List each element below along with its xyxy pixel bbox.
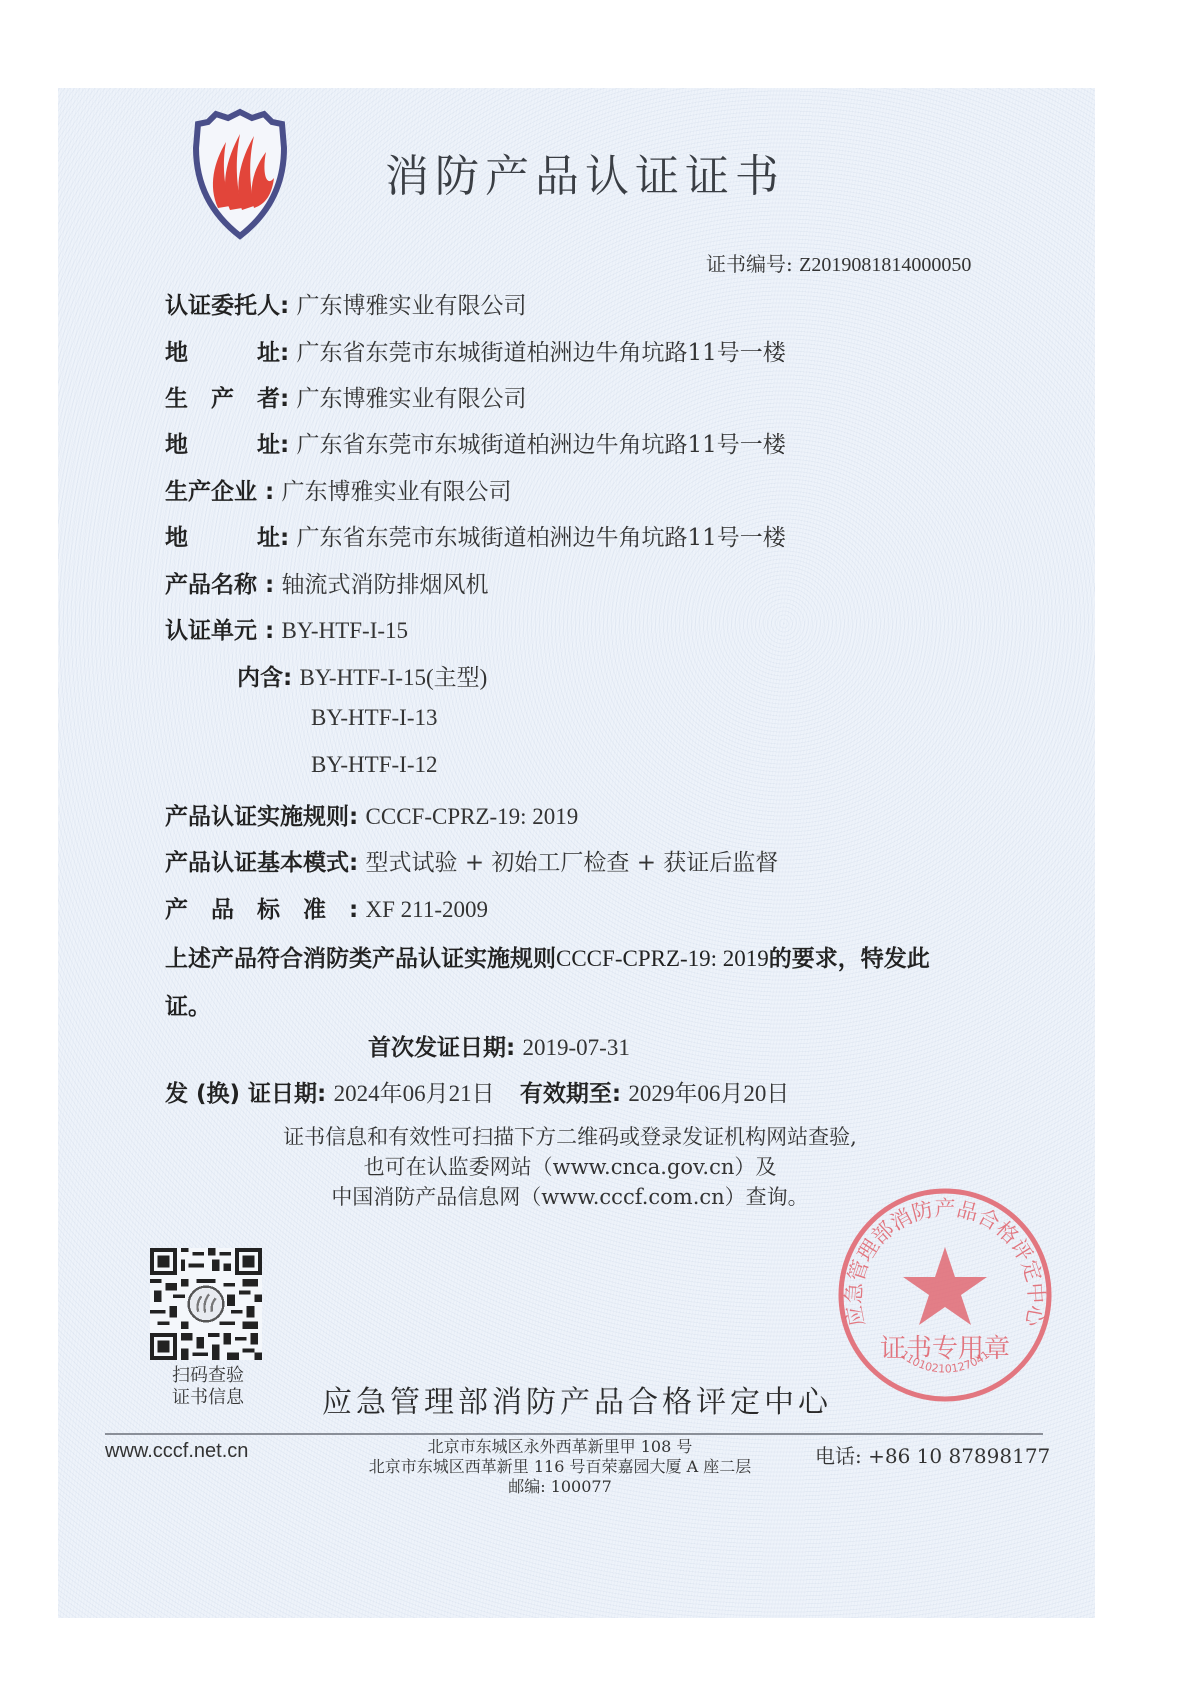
field-product-name: 产品名称 : 轴流式消防排烟风机 xyxy=(165,566,489,599)
qr-caption: 扫码查验 证书信息 xyxy=(160,1365,256,1409)
official-seal-icon: 应急管理部消防产品合格评定中心 证书专用章 1101021012704​1 xyxy=(835,1185,1055,1405)
model-row: BY-HTF-I-12 xyxy=(311,752,438,778)
field-label: 地 址: xyxy=(165,334,289,367)
field-label: 生 产 者: xyxy=(165,380,289,413)
field-cert-unit: 认证单元 : BY-HTF-I-15 xyxy=(165,612,408,645)
field-applicant: 认证委托人: 广东博雅实业有限公司 xyxy=(165,287,527,320)
mode-label: 产品认证基本模式: xyxy=(165,844,358,877)
issue-date-label: 发 (换) 证日期: xyxy=(165,1075,326,1108)
field-label: 地 址: xyxy=(165,426,289,459)
field-label: 认证单元 : xyxy=(165,612,274,645)
mode-value: 型式试验 + 初始工厂检查 + 获证后监督 xyxy=(366,850,779,876)
standard-label: 产 品 标 准 : xyxy=(165,891,358,924)
statement-pre: 上述产品符合消防类产品认证实施规则 xyxy=(165,946,556,972)
field-value: 轴流式消防排烟风机 xyxy=(282,572,489,598)
model-item: BY-HTF-I-13 xyxy=(311,705,438,730)
includes-row: 内含: BY-HTF-I-15(主型) xyxy=(237,659,487,692)
standard-value: XF 211-2009 xyxy=(366,897,488,922)
cert-no-value: Z2019081814000050 xyxy=(799,254,971,276)
field-standard: 产 品 标 准 : XF 211-2009 xyxy=(165,891,488,924)
field-label: 产品名称 : xyxy=(165,566,274,599)
compliance-statement: 上述产品符合消防类产品认证实施规则CCCF-CPRZ-19: 2019的要求，特… xyxy=(165,935,965,1031)
field-label: 认证委托人: xyxy=(165,287,289,320)
model-item: BY-HTF-I-15(主型) xyxy=(300,665,488,690)
certificate-number: 证书编号: Z2019081814000050 xyxy=(706,248,971,277)
field-value: 广东省东莞市东城街道柏洲边牛角坑路11号一楼 xyxy=(297,432,786,458)
field-value: 广东省东莞市东城街道柏洲边牛角坑路11号一楼 xyxy=(297,525,786,551)
address-line: 北京市东城区永外西革新里甲 108 号 xyxy=(330,1437,790,1457)
field-manufacturer: 生产企业 : 广东博雅实业有限公司 xyxy=(165,473,512,506)
field-value: 广东博雅实业有限公司 xyxy=(297,386,527,412)
rules-label: 产品认证实施规则: xyxy=(165,798,358,831)
field-mode: 产品认证基本模式: 型式试验 + 初始工厂检查 + 获证后监督 xyxy=(165,844,778,877)
address-line: 北京市东城区西革新里 116 号百荣嘉园大厦 A 座二层 xyxy=(330,1457,790,1477)
field-rules: 产品认证实施规则: CCCF-CPRZ-19: 2019 xyxy=(165,798,578,831)
valid-until-value: 2029年06月20日 xyxy=(628,1081,789,1106)
includes-label: 内含: xyxy=(237,659,292,692)
field-producer-address: 地 址: 广东省东莞市东城街道柏洲边牛角坑路11号一楼 xyxy=(165,426,786,459)
model-row: BY-HTF-I-13 xyxy=(311,705,438,731)
field-applicant-address: 地 址: 广东省东莞市东城街道柏洲边牛角坑路11号一楼 xyxy=(165,334,786,367)
cert-no-label: 证书编号: xyxy=(706,252,793,276)
postcode: 邮编: 100077 xyxy=(330,1477,790,1497)
first-issue-label: 首次发证日期: xyxy=(368,1029,515,1062)
footer-divider xyxy=(105,1433,1043,1435)
qr-code[interactable] xyxy=(150,1248,262,1360)
certificate-title: 消防产品认证证书 xyxy=(385,140,785,204)
model-item: BY-HTF-I-12 xyxy=(311,752,438,777)
field-value: 广东省东莞市东城街道柏洲边牛角坑路11号一楼 xyxy=(297,340,786,366)
issue-validity-dates: 发 (换) 证日期: 2024年06月21日 有效期至: 2029年06月20日 xyxy=(165,1075,789,1108)
footer-address: 北京市东城区永外西革新里甲 108 号 北京市东城区西革新里 116 号百荣嘉园… xyxy=(330,1437,790,1497)
field-label: 生产企业 : xyxy=(165,473,274,506)
first-issue-value: 2019-07-31 xyxy=(523,1035,630,1060)
info-line: 证书信息和有效性可扫描下方二维码或登录发证机构网站查验, xyxy=(180,1122,960,1152)
field-value: 广东博雅实业有限公司 xyxy=(282,479,512,505)
qr-caption-line: 证书信息 xyxy=(160,1387,256,1409)
qr-caption-line: 扫码查验 xyxy=(160,1365,256,1387)
valid-until-label: 有效期至: xyxy=(520,1075,621,1108)
field-manufacturer-address: 地 址: 广东省东莞市东城街道柏洲边牛角坑路11号一楼 xyxy=(165,519,786,552)
fire-shield-logo-icon xyxy=(190,108,290,243)
statement-code: CCCF-CPRZ-19: 2019 xyxy=(556,946,769,971)
footer-telephone: 电话: +86 10 87898177 xyxy=(815,1440,1050,1469)
issue-date-value: 2024年06月21日 xyxy=(334,1081,495,1106)
first-issue-date: 首次发证日期: 2019-07-31 xyxy=(368,1029,630,1062)
rules-value: CCCF-CPRZ-19: 2019 xyxy=(366,804,579,829)
issuing-authority: 应急管理部消防产品合格评定中心 xyxy=(322,1377,832,1421)
info-line: 也可在认监委网站（www.cnca.gov.cn）及 xyxy=(180,1152,960,1182)
field-label: 地 址: xyxy=(165,519,289,552)
field-producer: 生 产 者: 广东博雅实业有限公司 xyxy=(165,380,527,413)
field-value: 广东博雅实业有限公司 xyxy=(297,293,527,319)
field-value: BY-HTF-I-15 xyxy=(282,618,409,643)
footer-website: www.cccf.net.cn xyxy=(105,1440,248,1463)
